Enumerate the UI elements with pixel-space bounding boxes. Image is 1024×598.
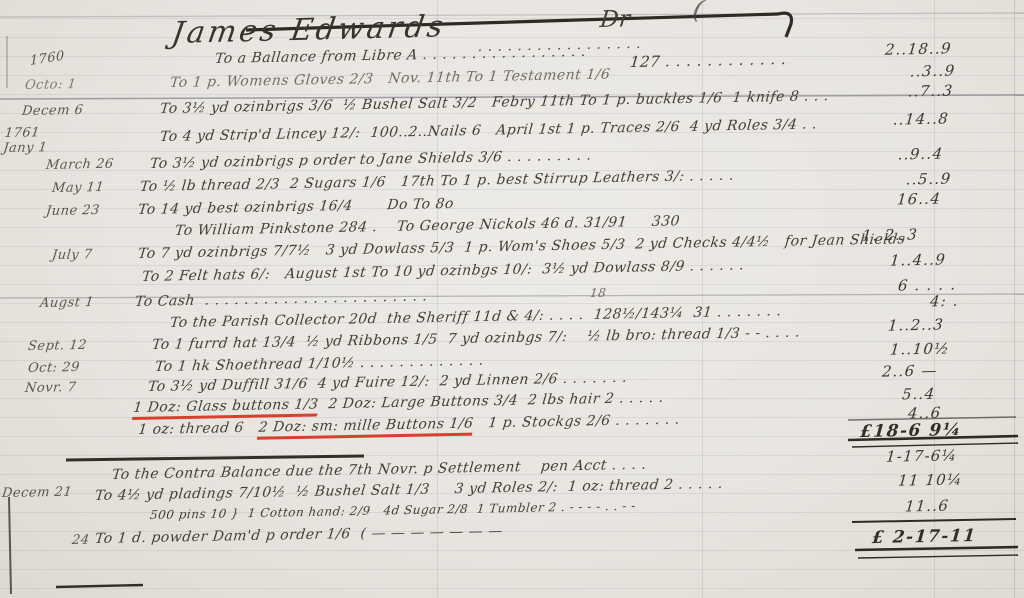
entry-text: To 1 p. Womens Gloves 2/3 Nov. 11th To 1… (169, 68, 611, 91)
entry-date: March 26 (45, 157, 114, 173)
entry-text: To 14 yd best ozinbrigs 16/4 Do To 8o (137, 197, 454, 218)
entry-date: 1761 Jany 1 (2, 125, 49, 156)
entry-text: To 4 yd Strip'd Lincey 12/: 100..2..Nail… (159, 117, 818, 145)
glass-buttons-annotated-text: 1 Doz: Glass buttons 1/3 (132, 397, 319, 420)
entry-text-rest: 2 Doz: Large Buttons 3/4 2 lbs hair 2 . … (318, 390, 665, 413)
entry-text-rest: 1 p. Stockgs 2/6 . . . . . . . (473, 412, 681, 432)
amount-value: 1..10½ (889, 339, 950, 358)
page-total-amount: £18-6 9¼ (859, 420, 963, 442)
interline-number: 18 (589, 286, 607, 301)
entry-text: To William Pinkstone 284 . To George Nic… (174, 214, 680, 239)
mille-buttons-annotated-text: 2 Doz: sm: mille Buttons 1/6 (257, 417, 474, 440)
entry-text: To 1 furrd hat 13/4 ½ yd Ribbons 1/5 7 y… (151, 326, 801, 353)
entry-date: Octo: 1 (24, 77, 77, 93)
amount-value: 11 10¼ (897, 470, 963, 489)
amount-value: 1-17-6¼ (885, 446, 958, 466)
entry-text: To 3½ yd ozinbrigs 3/6 ½ Bushel Salt 3/2… (159, 89, 829, 117)
entry-text-pre: 1 oz: thread 6 (137, 420, 259, 438)
vertical-rule (1014, 0, 1015, 598)
entry-date: Decem 6 (21, 103, 84, 119)
entry-date: Decem 21 (1, 485, 73, 501)
amount-value: 2..6 — (881, 361, 938, 380)
amount-value: 5..4 (901, 385, 936, 404)
folio-number: 127 . . . . . . . . . . . . (629, 52, 787, 70)
amount-value: ..9..4 (897, 145, 944, 164)
entry-text: To 1 d. powder Dam'd p order 1/6 ( — — —… (94, 524, 503, 547)
amount-value: ..14..8 (892, 109, 950, 128)
amount-value: 4: . (929, 292, 959, 311)
entry-date: June 23 (45, 203, 100, 219)
ledger-page-scan: James Edwards . . . . . . . . . . . . . … (0, 0, 1024, 598)
entry-date: May 11 (51, 180, 105, 196)
entry-date: Sept. 12 (27, 338, 87, 354)
entry-date: July 7 (51, 247, 93, 263)
entry-date: Augst 1 (39, 295, 94, 311)
amount-value: ..5..9 (905, 170, 952, 189)
entry-text: 500 pins 10 } 1 Cotton hand: 2/9 4d Suga… (149, 499, 636, 523)
amount-value: 2..18..9 (884, 39, 952, 58)
amount-value: 1..2..3 (887, 315, 945, 334)
amount-value: ..3..9 (909, 62, 956, 81)
entry-text: To 3½ yd ozinbrigs p order to Jane Shiel… (149, 149, 592, 173)
amount-value: 1..2..3 (861, 225, 919, 244)
entry-text: To 2 Felt hats 6/: August 1st To 10 yd o… (141, 258, 745, 285)
amount-value: ..7..3 (907, 82, 954, 101)
entry-date: Oct: 29 (27, 360, 80, 376)
section-divider-line (66, 456, 364, 460)
entry-date: 24 (71, 533, 90, 548)
account-holder-name: James Edwards (171, 19, 447, 41)
entry-text: To Cash . . . . . . . . . . . . . . . . … (134, 289, 428, 310)
entry-date: Novr. 7 (24, 380, 77, 396)
final-balance-amount: £ 2-17-11 (871, 526, 977, 548)
debit-column-label: Dr (599, 12, 631, 28)
amount-value: 11..6 (904, 497, 950, 516)
amount-value: 16..4 (896, 190, 942, 209)
entry-date: 1760 (30, 48, 65, 69)
amount-value: 1..4..9 (889, 250, 947, 269)
entry-text: To 1 hk Shoethread 1/10½ . . . . . . . .… (154, 354, 484, 375)
